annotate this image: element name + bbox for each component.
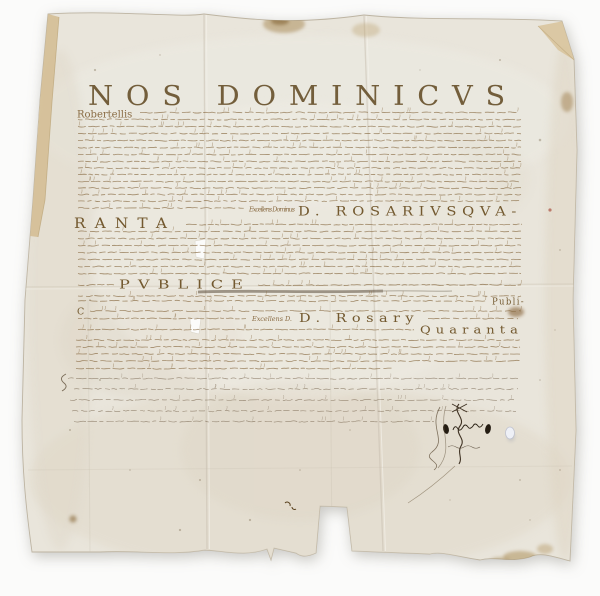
speckle — [519, 479, 521, 481]
speckle — [419, 554, 421, 556]
speckle — [539, 379, 541, 381]
speckle — [539, 139, 542, 142]
speckle — [499, 59, 501, 61]
speckle — [179, 529, 181, 531]
speckle — [449, 499, 450, 500]
speckle — [419, 69, 420, 70]
speckle — [559, 469, 561, 471]
quaranta-word: Quaranta — [420, 323, 523, 337]
speckle — [119, 249, 120, 250]
speckle — [349, 429, 351, 431]
excellens-d: Excellens D. — [251, 315, 292, 323]
speckle — [69, 429, 71, 431]
speckle — [89, 299, 91, 301]
speckle — [94, 69, 96, 71]
manuscript-photo: NOS DOMINICVS Robertellis Excellens Domi… — [0, 0, 600, 596]
speckle — [159, 54, 160, 55]
publi-word: Publi- — [492, 297, 525, 308]
speckle — [559, 249, 561, 251]
publice-word: PVBLICE — [119, 278, 251, 292]
speckle — [199, 479, 201, 481]
speckle — [129, 469, 131, 471]
speckle — [554, 329, 555, 330]
speckle — [529, 519, 530, 520]
title-text: NOS DOMINICVS — [88, 81, 518, 112]
speckle — [99, 379, 101, 381]
excellens-dominus: Excellens Dominus — [248, 207, 296, 214]
photo-stage: NOS DOMINICVS Robertellis Excellens Domi… — [0, 0, 600, 596]
initial-c: C — [77, 307, 84, 318]
speckle — [479, 179, 480, 180]
speckle — [299, 469, 301, 471]
rosarius-line-end: RANTA — [74, 216, 176, 232]
rosary-word: D. Rosary — [299, 311, 419, 325]
speckle — [249, 519, 251, 521]
rosarius-line-start: D. ROSARIVSQVA- — [298, 205, 522, 220]
